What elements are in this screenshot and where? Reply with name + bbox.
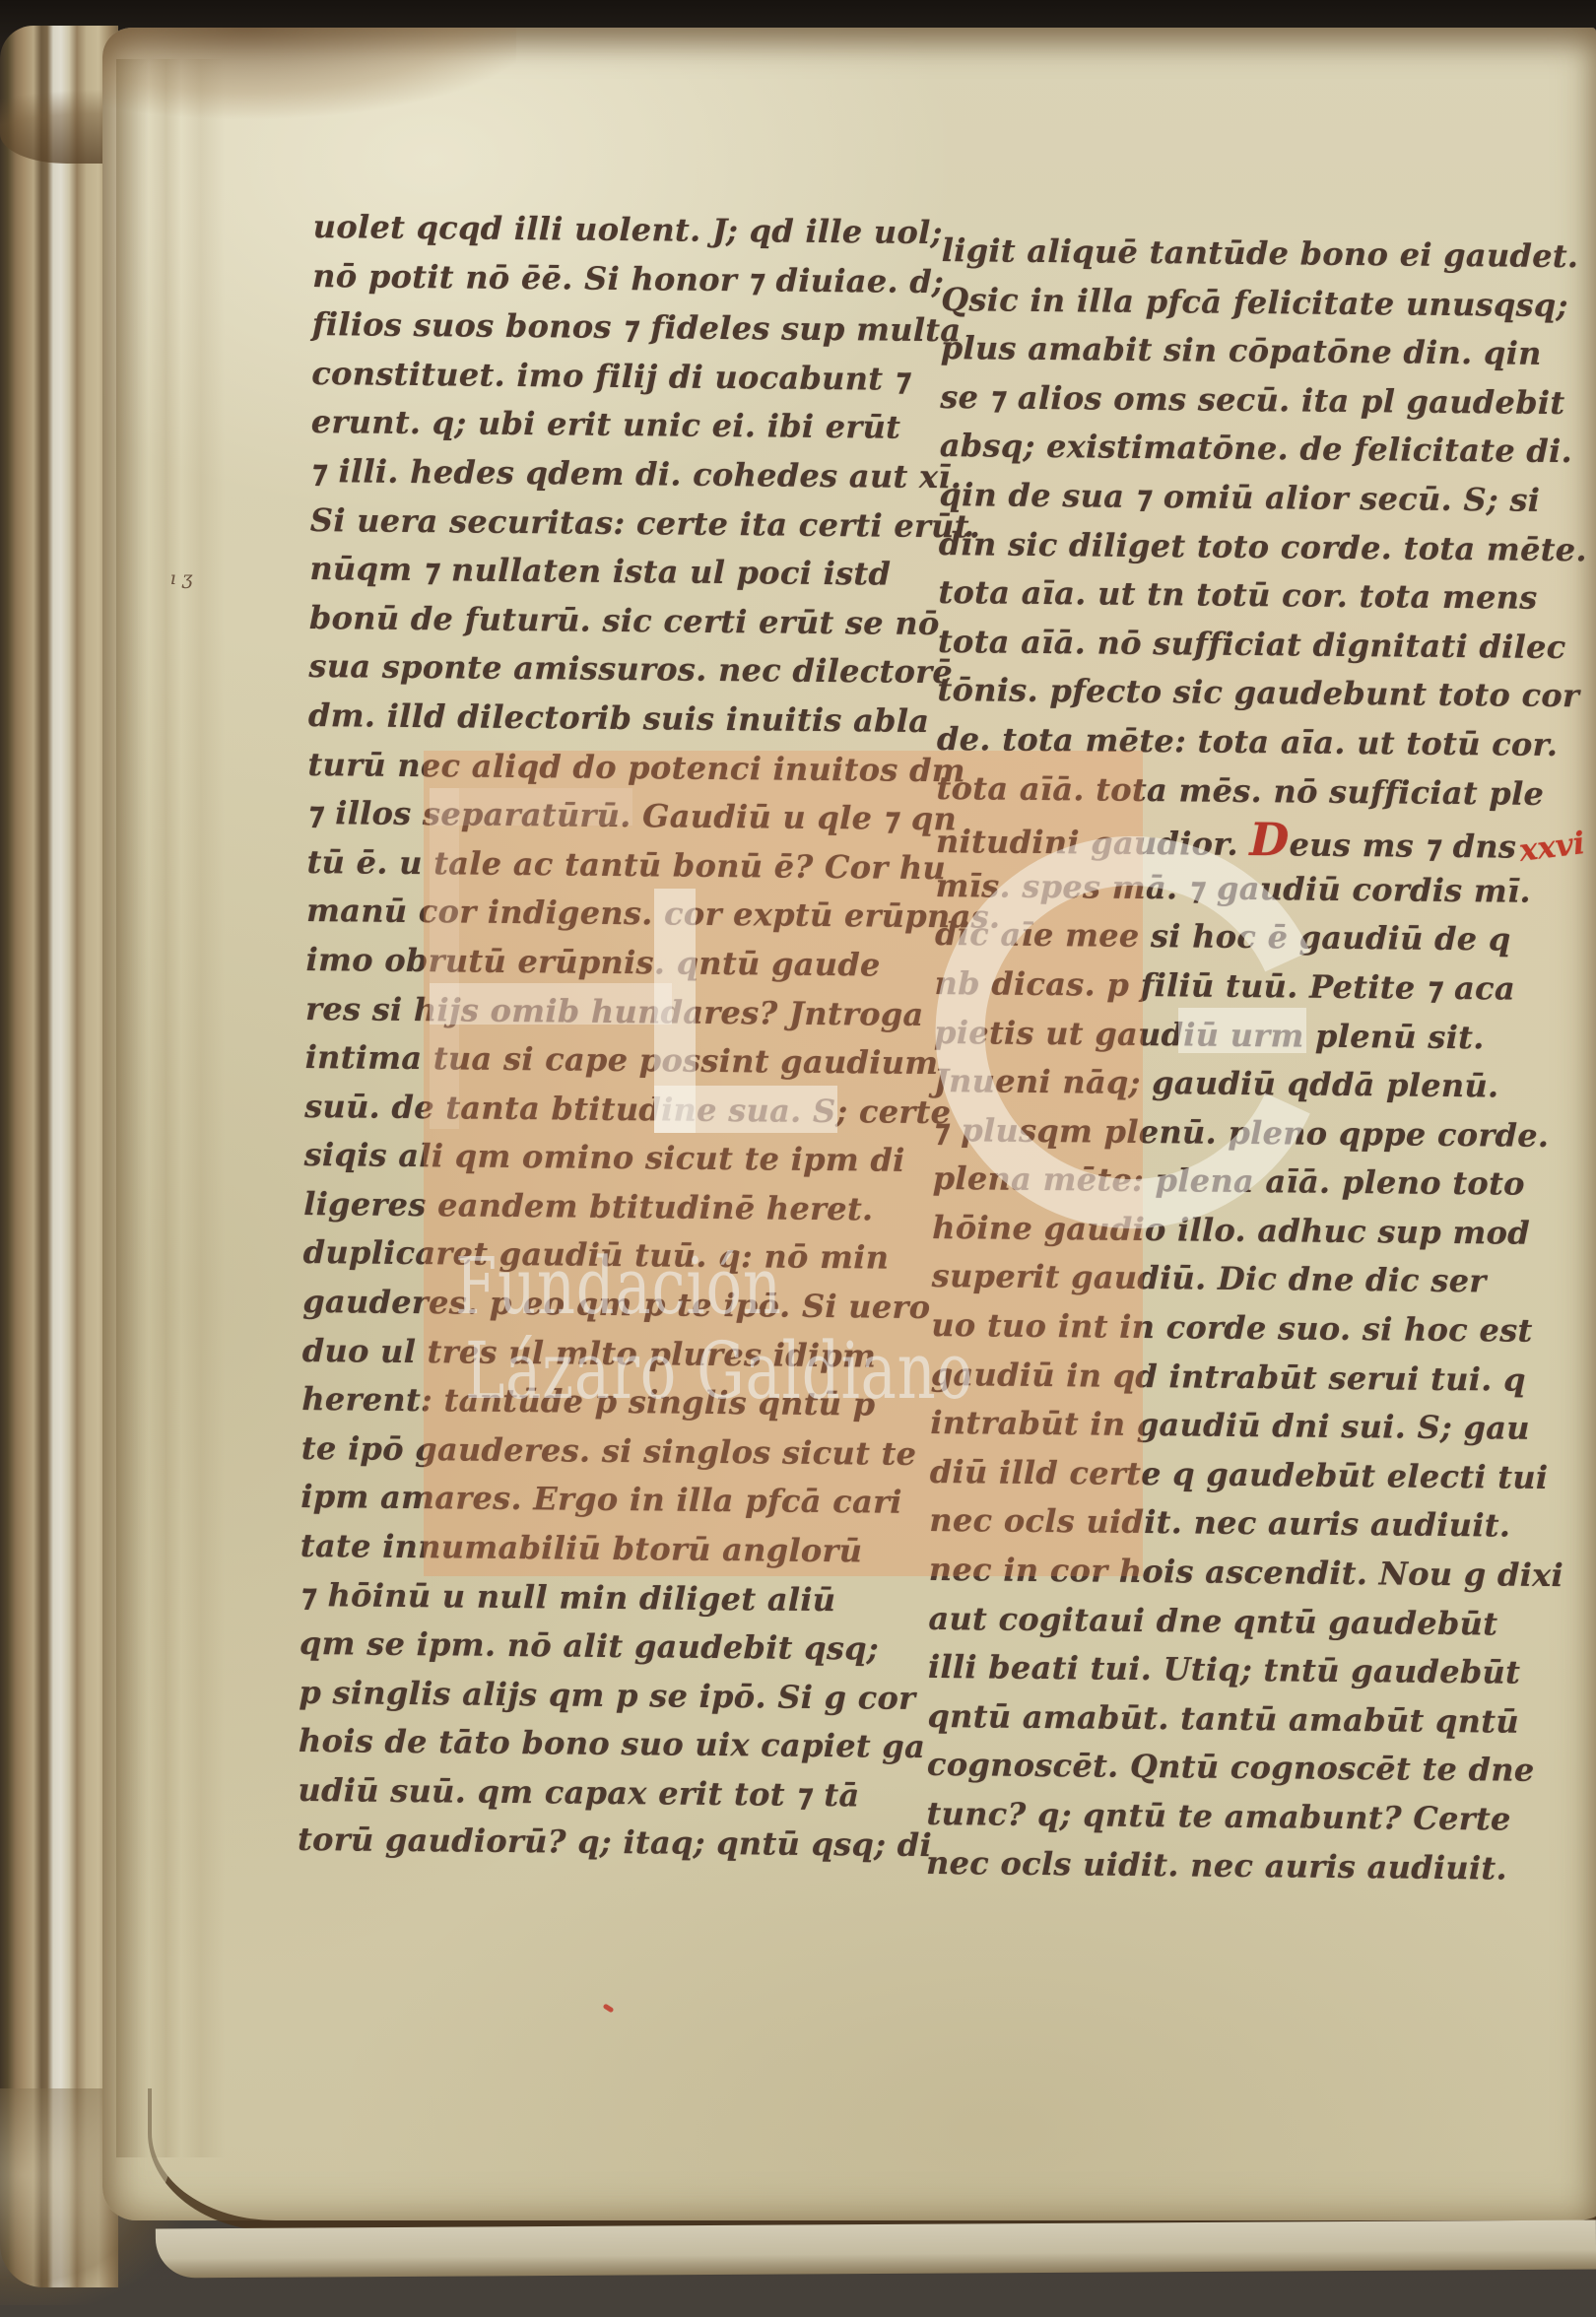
manuscript-line: tunc? q; qntū te amabunt? Certe	[926, 1790, 1537, 1845]
manuscript-line: nō potit nō ēē. Si honor ⁊ diuiae. d;	[312, 252, 915, 306]
manuscript-line: filios suos bonos ⁊ fideles sup multa	[312, 300, 915, 355]
margin-quire-marks: ı ʒ	[169, 565, 193, 592]
manuscript-line: nūqm ⁊ nullaten ista ul poci istd	[309, 545, 912, 599]
manuscript-line: erunt. q; ubi erit unic ei. ibi erūt	[311, 398, 914, 452]
manuscript-line: ⁊ illi. hedes qdem di. cohedes aut xī.	[310, 447, 913, 501]
manuscript-line: se ⁊ alios oms secū. ita pl gaudebit	[940, 373, 1551, 429]
manuscript-line: qntū amabūt. tantū amabūt qntū	[927, 1692, 1538, 1748]
manuscript-line: tota aīā. nō sufficiat dignitati dilec	[938, 618, 1549, 673]
manuscript-line: udiū suū. qm capax erit tot ⁊ tā	[298, 1766, 900, 1820]
manuscript-line: nec ocls uidit. nec auris audiuit.	[926, 1839, 1537, 1894]
manuscript-line: p singlis alijs qm p se ipō. Si g cor	[299, 1669, 901, 1723]
manuscript-line: plus amabit sin cōpatōne din. qin	[941, 324, 1552, 379]
manuscript-line: ⁊ hōinū u null min diliget aliū	[299, 1571, 902, 1625]
manuscript-line: qin de sua ⁊ omiū alior secū. S; si	[939, 471, 1550, 526]
manuscript-line: bonū de futurū. sic certi erūt se nō	[309, 594, 912, 648]
manuscript-line: din sic diliget toto corde. tota mēte.	[939, 520, 1550, 575]
manuscript-line: illi beati tui. Utiq; tntū gaudebūt	[928, 1643, 1539, 1698]
manuscript-line: hois de tāto bono suo uix capiet ga	[299, 1717, 901, 1771]
manuscript-line: absq; existimatōne. de felicitate di.	[940, 422, 1551, 477]
page-gutter-creases	[116, 59, 225, 2157]
watermark-letter-f-arm	[430, 983, 672, 1025]
manuscript-line: sua sponte amissuros. nec dilectorē	[308, 642, 911, 696]
manuscript-line: Qsic in illa pfcā felicitate unusqsq;	[941, 276, 1552, 331]
watermark-text-lazaro-galdiano: Lázaro Galdiano	[465, 1332, 973, 1411]
manuscript-line: Si uera securitas: certe ita certi erūt.	[310, 496, 913, 551]
manuscript-line: qm se ipm. nō alit gaudebit qsq;	[299, 1620, 902, 1674]
manuscript-line: cognoscēt. Qntū cognoscēt te dne	[927, 1741, 1538, 1796]
watermark-letter-l-foot	[654, 1086, 837, 1133]
manuscript-line: uolet qcqd illi uolent. J; qd ille uol;	[313, 203, 916, 257]
book-fore-edge-leaves	[0, 26, 118, 2287]
page-bottom-edge	[148, 2088, 1596, 2231]
manuscript-line: torū gaudiorū? q; itaq; qntū qsq; di	[298, 1816, 900, 1870]
watermark-letter-f-arm	[430, 788, 632, 826]
manuscript-line: ligit aliquē tantūde bono ei gaudet.	[942, 227, 1553, 282]
manuscript-line: tōnis. pfecto sic gaudebunt toto cor	[937, 666, 1548, 721]
manuscript-line: aut cogitaui dne qntū gaudebūt	[928, 1595, 1539, 1650]
watermark-letter-g	[904, 814, 1342, 1251]
manuscript-line: dm. illd dilectorib suis inuitis abla	[308, 692, 911, 746]
leaf-underneath	[156, 2220, 1596, 2279]
watermark-letter-f-stem	[430, 788, 459, 1129]
manuscript-line: tota aīa. ut tn totū cor. tota mens	[938, 568, 1549, 624]
manuscript-photo: ı ʒ uolet qcqd illi uolent. J; qd ille u…	[0, 0, 1596, 2317]
manuscript-line: constituet. imo filij di uocabunt ⁊	[311, 350, 914, 404]
watermark-text-fundacion: Fundación	[455, 1247, 782, 1326]
